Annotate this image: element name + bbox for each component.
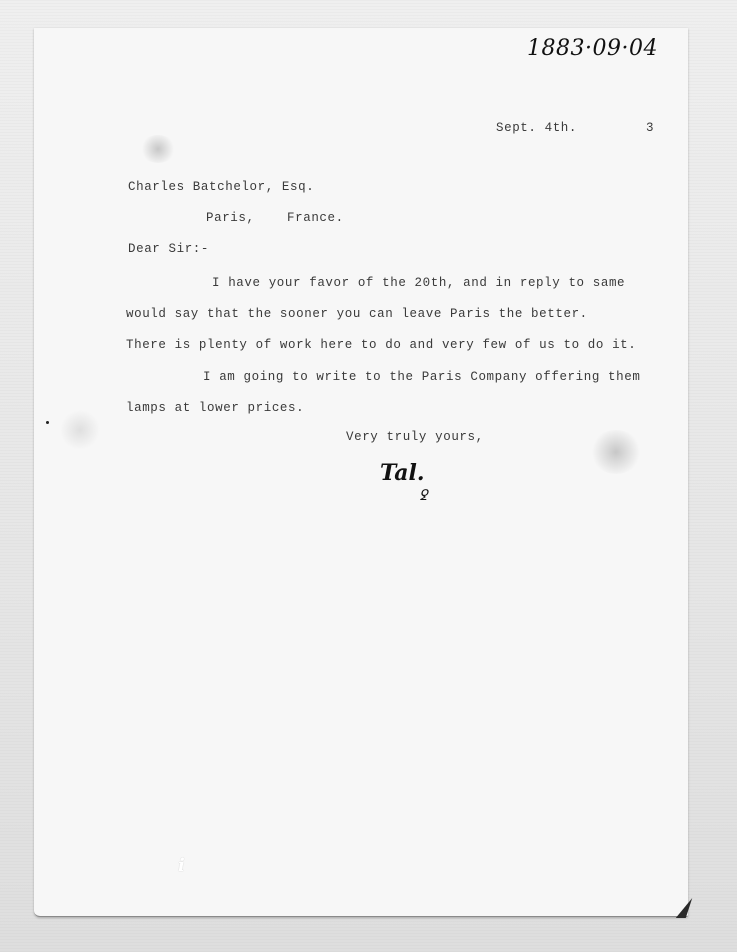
closing: Very truly yours, xyxy=(346,430,484,444)
letter-page xyxy=(34,28,688,917)
ink-dot xyxy=(46,421,49,424)
smudge xyxy=(590,430,642,474)
body-line: lamps at lower prices. xyxy=(126,401,304,415)
salutation: Dear Sir:- xyxy=(128,242,209,256)
smudge xyxy=(60,410,100,450)
body-line: There is plenty of work here to do and v… xyxy=(126,338,636,352)
body-line: I am going to write to the Paris Company… xyxy=(203,370,640,384)
body-line: would say that the sooner you can leave … xyxy=(126,307,588,321)
recipient-name: Charles Batchelor, Esq. xyxy=(128,180,314,194)
recipient-location: Paris, France. xyxy=(206,211,344,225)
signature-initials: Tal. xyxy=(380,460,425,486)
body-line: I have your favor of the 20th, and in re… xyxy=(212,276,625,290)
archive-date-annotation: 1883·09·04 xyxy=(527,36,658,61)
smudge xyxy=(140,135,176,163)
footer-mark: i xyxy=(178,855,185,876)
page-number: 3 xyxy=(646,121,654,135)
letter-date: Sept. 4th. xyxy=(496,121,577,135)
signature-mark: ꝿ xyxy=(419,486,427,505)
